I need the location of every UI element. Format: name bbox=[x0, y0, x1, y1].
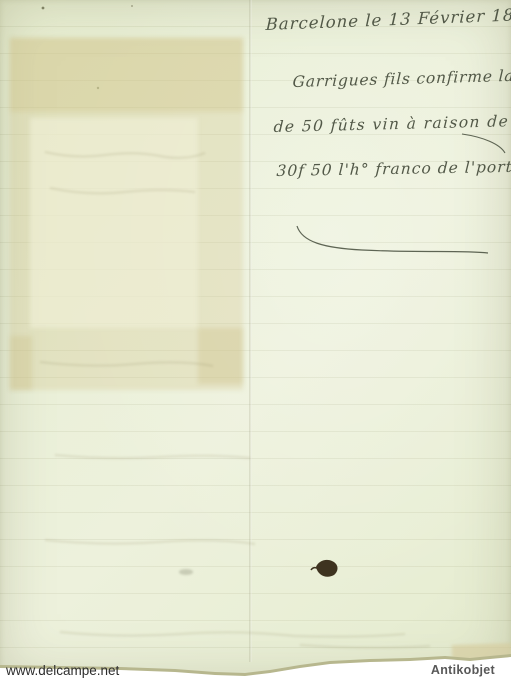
fold-crease bbox=[249, 0, 252, 662]
show-through-stain-inner bbox=[30, 118, 198, 328]
paper-sheet: Barcelone le 13 Février 1891. Garrigues … bbox=[0, 0, 511, 680]
show-through-stain-top-band bbox=[10, 38, 243, 112]
watermark-antikobjet: Antikobjet bbox=[431, 663, 495, 677]
watermark-delcampe: www.delcampe.net bbox=[6, 663, 119, 678]
scanned-letter: Barcelone le 13 Février 1891. Garrigues … bbox=[0, 0, 511, 680]
show-through-stain-left-leg bbox=[10, 336, 32, 390]
show-through-stain-right-leg bbox=[198, 328, 243, 384]
